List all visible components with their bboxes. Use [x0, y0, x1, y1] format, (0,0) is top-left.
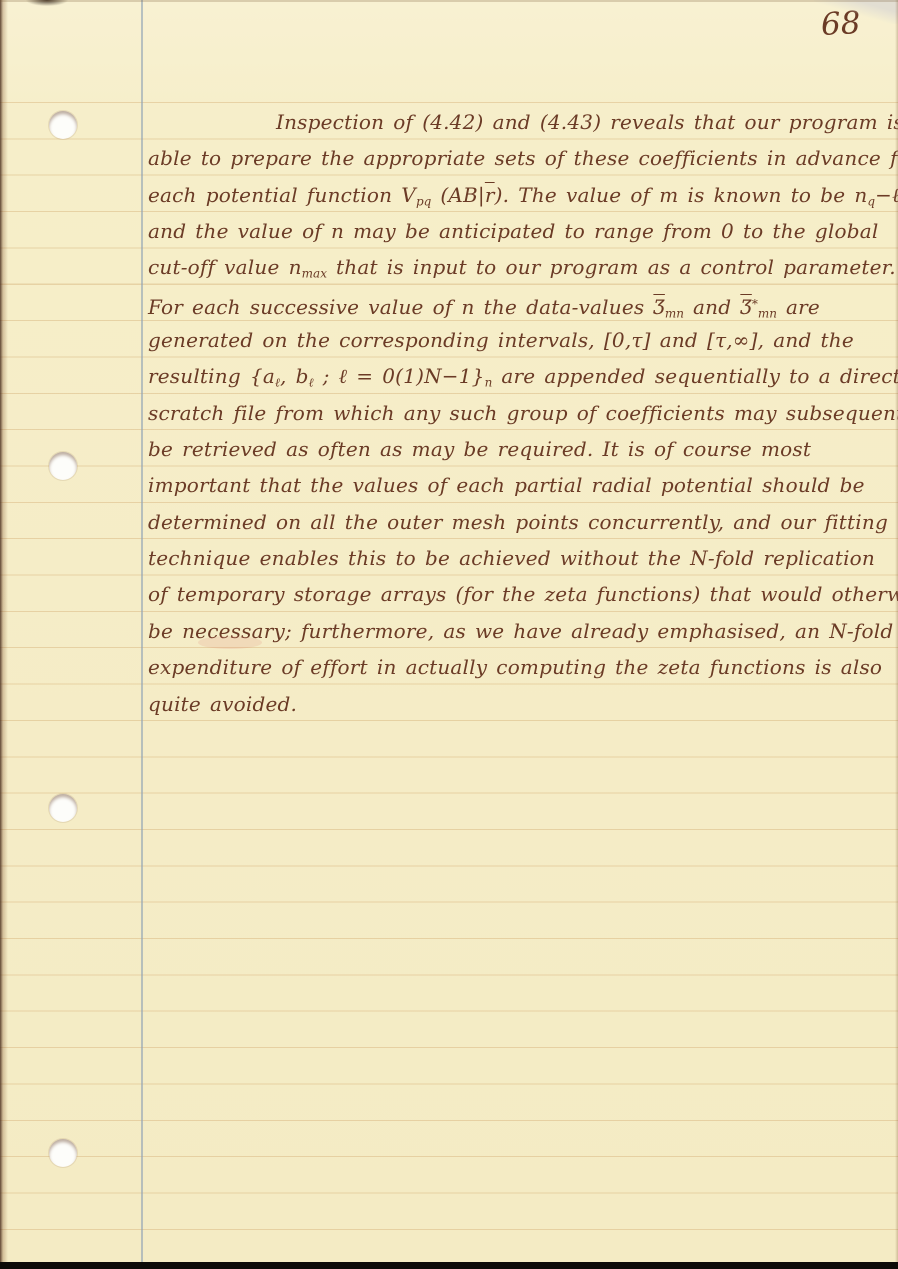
punch-hole	[49, 794, 77, 822]
stain-mark	[198, 636, 262, 649]
text-line: Inspection of (4.42) and (4.43) reveals …	[148, 104, 890, 140]
text-line: resulting {aℓ, bℓ ; ℓ = 0(1)N−1}n are ap…	[148, 358, 890, 394]
text-line: technique enables this to be achieved wi…	[148, 540, 890, 576]
notebook-page: 68 Inspection of (4.42) and (4.43) revea…	[0, 0, 898, 1269]
page-corner-curl	[814, 0, 898, 24]
text-line: of temporary storage arrays (for the zet…	[148, 576, 890, 612]
text-line: expenditure of effort in actually comput…	[148, 649, 890, 685]
page-edge-left	[0, 0, 8, 1269]
text-line: each potential function Vpq (AB|r). The …	[148, 177, 890, 213]
scan-edge-bottom	[0, 1262, 898, 1269]
text-line: and the value of n may be anticipated to…	[148, 213, 890, 249]
text-line: For each successive value of n the data-…	[148, 286, 890, 322]
punch-hole	[49, 1139, 77, 1167]
text-line: be retrieved as often as may be required…	[148, 431, 890, 467]
text-line: quite avoided.	[148, 686, 890, 722]
text-line: cut-off value nmax that is input to our …	[148, 249, 890, 285]
margin-line	[141, 0, 143, 1263]
text-line: generated on the corresponding intervals…	[148, 322, 890, 358]
punch-hole	[49, 452, 77, 480]
handwritten-text: Inspection of (4.42) and (4.43) reveals …	[148, 104, 890, 722]
punch-hole	[49, 111, 77, 139]
text-line: scratch file from which any such group o…	[148, 395, 890, 431]
text-line: important that the values of each partia…	[148, 467, 890, 503]
text-line: able to prepare the appropriate sets of …	[148, 140, 890, 176]
page-edge-top	[0, 0, 898, 2]
text-line: determined on all the outer mesh points …	[148, 504, 890, 540]
